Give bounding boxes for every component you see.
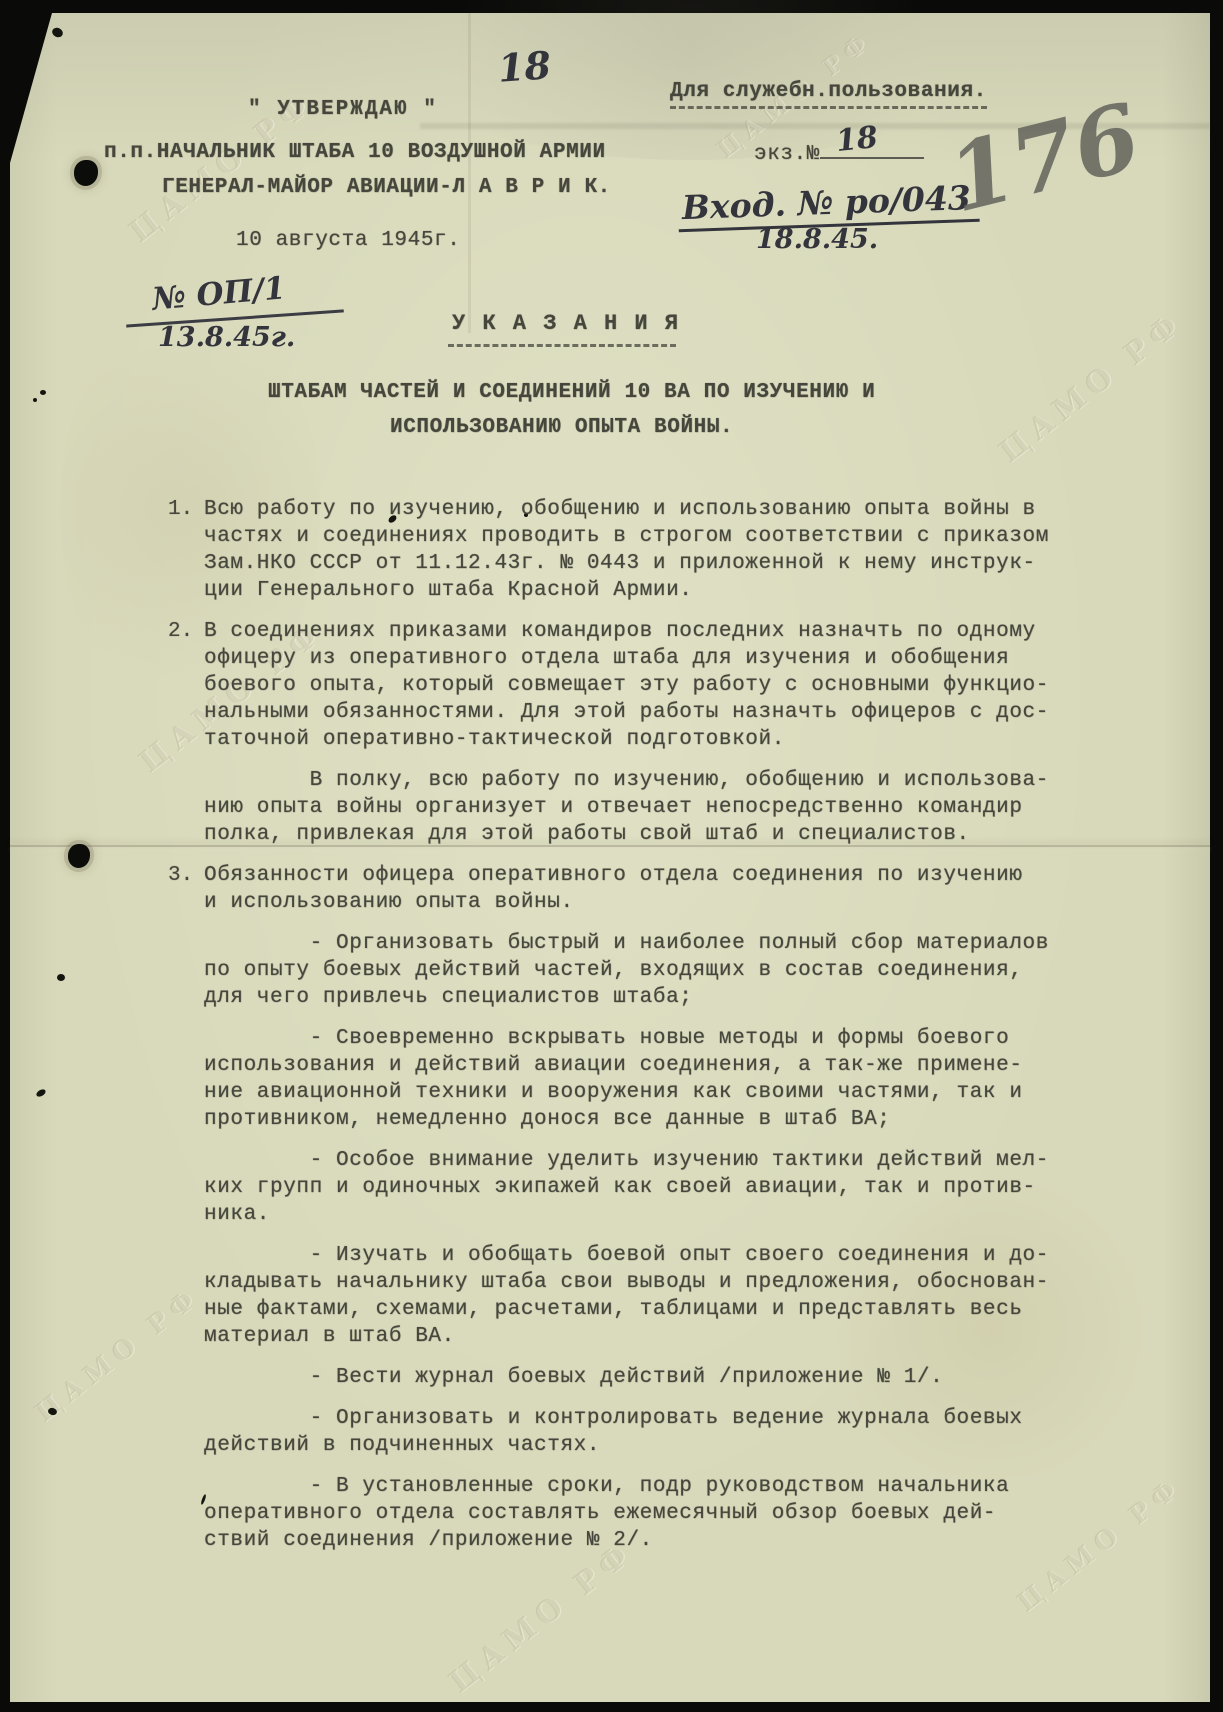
bullet-war-journal: - Вести журнал боевых действий /приложен…: [168, 1364, 1098, 1391]
paper-speck: [40, 390, 46, 395]
bullet-collect-materials: - Организовать быстрый и наиболее полный…: [168, 930, 1098, 1011]
paragraph-text: - Организовать и контролировать ведение …: [204, 1405, 1098, 1459]
paragraph-text: Всю работу по изучению, обобщению и испо…: [204, 496, 1098, 604]
header-approval-date: 10 августа 1945г.: [236, 227, 460, 254]
copy-number-label: экз.№: [754, 143, 820, 166]
document-body: 1.Всю работу по изучению, обобщению и ис…: [168, 496, 1098, 1568]
paragraph-text: - В установленные сроки, подр руководств…: [204, 1473, 1098, 1554]
fold-crease-vertical: [468, 13, 471, 333]
paragraph-text: В соединениях приказами командиров после…: [204, 618, 1098, 753]
bullet-monthly-review: - В установленные сроки, подр руководств…: [168, 1473, 1098, 1554]
paragraph-number: 2.: [168, 618, 193, 645]
document-scan: ЦАМО РФ ЦАМО РФ ЦАМО РФ ЦАМО РФ ЦАМО РФ …: [0, 0, 1223, 1712]
paper-speck: [33, 398, 37, 402]
paragraph-text: - Вести журнал боевых действий /приложен…: [204, 1364, 1098, 1391]
paragraph-text: - Организовать быстрый и наиболее полный…: [204, 930, 1098, 1011]
bullet-tactics-study: - Особое внимание уделить изучению такти…: [168, 1147, 1098, 1228]
approve-stamp-label: " УТВЕРЖДАЮ ": [248, 96, 438, 123]
bullet-new-methods: - Своевременно вскрывать новые методы и …: [168, 1025, 1098, 1133]
paragraph-text: - Изучать и обобщать боевой опыт своего …: [204, 1242, 1098, 1350]
paragraph-1: 1.Всю работу по изучению, обобщению и ис…: [168, 496, 1098, 604]
handwritten-outgoing-date: 13.8.45г.: [158, 322, 295, 353]
paragraph-number: 1.: [168, 496, 193, 523]
handwritten-incoming-date: 18.8.45.: [756, 224, 878, 255]
document-title: У К А З А Н И Я: [452, 310, 680, 337]
paragraph-text: - Своевременно вскрывать новые методы и …: [204, 1025, 1098, 1133]
bullet-journal-control: - Организовать и контролировать ведение …: [168, 1405, 1098, 1459]
handwritten-page-number: 18: [496, 42, 552, 91]
paragraph-2: 2.В соединениях приказами командиров пос…: [168, 618, 1098, 753]
bullet-generalize-experience: - Изучать и обобщать боевой опыт своего …: [168, 1242, 1098, 1350]
paragraph-text: Обязанности офицера оперативного отдела …: [204, 862, 1098, 916]
paragraph-text: В полку, всю работу по изучению, обобщен…: [204, 767, 1098, 848]
title-underline: [448, 344, 676, 347]
paragraph-3: 3.Обязанности офицера оперативного отдел…: [168, 862, 1098, 916]
classification-text: Для служебн.пользования.: [670, 80, 987, 109]
paper-speck: [57, 974, 65, 981]
header-general-line: ГЕНЕРАЛ-МАЙОР АВИАЦИИ-Л А В Р И К.: [162, 174, 611, 201]
paragraph-text: - Особое внимание уделить изучению такти…: [204, 1147, 1098, 1228]
paragraph-number: 3.: [168, 862, 193, 889]
document-subtitle-line2: ИСПОЛЬЗОВАНИЮ ОПЫТА ВОЙНЫ.: [390, 414, 733, 441]
handwritten-copy-number: 18: [834, 120, 879, 159]
document-subtitle-line1: ШТАБАМ ЧАСТЕЙ И СОЕДИНЕНИЙ 10 ВА ПО ИЗУЧ…: [268, 379, 875, 406]
classification-label: Для служебн.пользования.: [670, 78, 987, 105]
header-chief-of-staff-line: п.п.НАЧАЛЬНИК ШТАБА 10 ВОЗДУШНОЙ АРМИИ: [104, 139, 606, 166]
paragraph-2-continuation: В полку, всю работу по изучению, обобщен…: [168, 767, 1098, 848]
